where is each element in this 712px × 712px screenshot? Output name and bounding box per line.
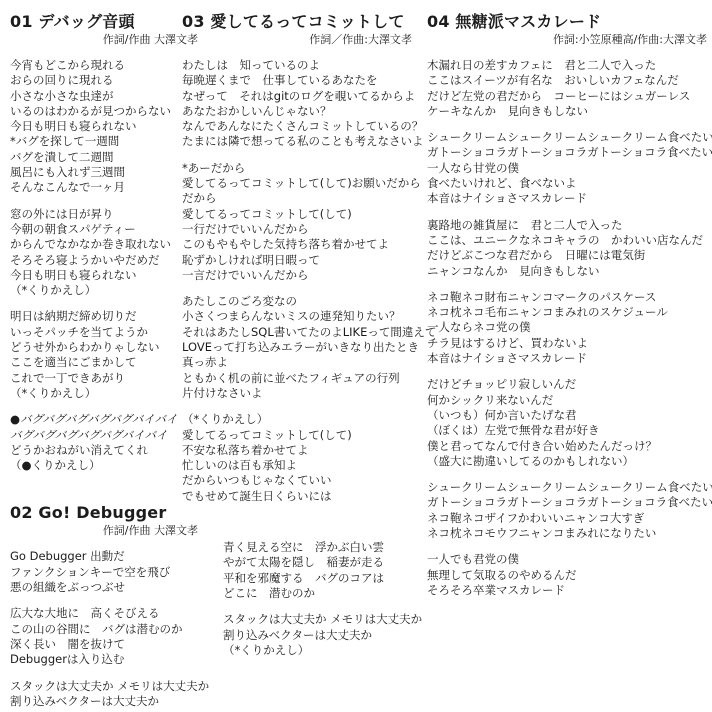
lyric-line: ガトーショコラガトーショコラガトーショコラ食べたい: [427, 495, 707, 510]
lyric-line: 明日は納期だ締め切りだ: [10, 309, 198, 324]
lyrics-stanza: シュークリームシュークリームシュークリーム食べたいガトーショコラガトーショコラガ…: [427, 130, 707, 206]
lyric-line: シュークリームシュークリームシュークリーム食べたい: [427, 480, 707, 495]
lyric-line: どうせ外からわかりゃしない: [10, 340, 198, 355]
lyric-line: （盛大に勘違いしてるのかもしれない）: [427, 454, 707, 469]
lyric-line: この山の谷間に バグは潜むのか: [10, 622, 198, 637]
lyric-line: いるのはわかるが見つからない: [10, 104, 198, 119]
lyric-line: 小さな小さな虫達が: [10, 89, 198, 104]
lyric-line: 一人なら甘党の僕: [427, 161, 707, 176]
lyric-line: ファンクションキーで空を飛び: [10, 565, 198, 580]
lyric-line: 平和を邪魔する バグのコアは: [223, 571, 412, 586]
lyric-line: 愛してるってコミットして(して): [182, 428, 412, 443]
lyric-line: だけどチョッピリ寂しいんだ: [427, 377, 707, 392]
lyric-line: だからいつもじゃなくていい: [182, 473, 412, 488]
lyric-line: 不安な私落ち着かせてよ: [182, 443, 412, 458]
song-title: 03 愛してるってコミットして: [182, 12, 412, 31]
lyric-line: 食べたいけれど、食べないよ: [427, 176, 707, 191]
song-credit: 作詞/作曲 大澤文孝: [10, 524, 198, 538]
lyric-line: たまには隣で想ってる私のことも考えなさいよ: [182, 134, 412, 149]
lyric-line: 愛してるってコミットして(して): [182, 207, 412, 222]
lyrics-stanza: スタックは大丈夫か メモリは大丈夫か割り込みベクターは大丈夫か（*くりかえし）: [223, 612, 412, 658]
lyric-line: そろそろ寝ようかいやだめだ: [10, 253, 198, 268]
lyric-line: ケーキなんか 見向きもしない: [427, 104, 707, 119]
lyric-line: （*くりかえし）: [10, 283, 198, 298]
lyrics-stanza: 裏路地の雑貨屋に 君と二人で入ったここは、ユニークなネコキャラの かわいい店なん…: [427, 218, 707, 279]
lyric-line: でもせめて誕生日くらいには: [182, 489, 412, 504]
lyric-line: からんでなかなか巻き取れない: [10, 237, 198, 252]
lyric-line: あなたおかしいんじゃない？: [182, 104, 412, 119]
lyric-line: ここは、ユニークなネコキャラの かわいい店なんだ: [427, 233, 707, 248]
lyric-line: だけど左党の君だから コーヒーにはシュガーレス: [427, 89, 707, 104]
lyric-line: 割り込みベクターは大丈夫か: [10, 694, 198, 709]
lyrics-stanza: わたしは 知っているのよ毎晩遅くまで 仕事しているあなたをなぜって それはgit…: [182, 58, 412, 150]
lyric-line: 本音はナイショさマスカレード: [427, 191, 707, 206]
lyric-line: 今朝の朝食スパゲティー: [10, 222, 198, 237]
lyric-line: 本音はナイショさマスカレード: [427, 351, 707, 366]
song-title: 01 デバッグ音頭: [10, 12, 198, 31]
lyric-line: 割り込みベクターは大丈夫か: [223, 628, 412, 643]
lyric-line: （*くりかえし）: [182, 412, 412, 427]
song-title: 02 Go! Debugger: [10, 503, 198, 522]
lyrics-column-1: 01 デバッグ音頭作詞/作曲 大澤文孝今宵もどこから現れるおらの回りに現れる小さ…: [10, 12, 198, 709]
lyric-line: （いつも）何か言いたげな君: [427, 408, 707, 423]
lyric-line: バグバグバグバグバグバイバイ: [10, 428, 198, 443]
lyric-line: Debuggerは入り込む: [10, 652, 198, 667]
lyric-line: いっそパッチを当てようか: [10, 325, 198, 340]
lyric-line: なぜって それはgitのログを覗いてるからよ: [182, 89, 412, 104]
lyric-line: 深く長い 闇を抜けて: [10, 637, 198, 652]
lyric-line: それはあたしSQL書いてたのよLIKEって間違えて: [182, 325, 412, 340]
lyrics-stanza: Go Debugger 出動だファンクションキーで空を飛び悪の組織をぶっつぶせ: [10, 549, 198, 595]
lyric-line: ともかく机の前に並べたフィギュアの行列: [182, 371, 412, 386]
lyric-line: シュークリームシュークリームシュークリーム食べたい: [427, 130, 707, 145]
lyric-line: だけどぶこつな君だから 日曜には電気街: [427, 248, 707, 263]
lyric-line: そろそろ卒業マスカレード: [427, 583, 707, 598]
lyrics-stanza: ネコ鞄ネコ財布ニャンコマークのパスケースネコ枕ネコ毛布ニャンコまみれのスケジュー…: [427, 290, 707, 366]
lyrics-stanza: 一人でも君党の僕無理して気取るのやめるんだそろそろ卒業マスカレード: [427, 552, 707, 598]
lyric-line: 僕と君ってなんで付き合い始めたんだっけ？: [427, 439, 707, 454]
lyric-line: 片付けなさいよ: [182, 386, 412, 401]
lyric-line: （ぼくは）左党で無骨な君が好き: [427, 423, 707, 438]
lyric-line: 無理して気取るのやめるんだ: [427, 568, 707, 583]
lyric-line: 真っ赤よ: [182, 355, 412, 370]
lyric-line: 一行だけでいいんだから: [182, 222, 412, 237]
lyrics-stanza: ●バグバグバグバグバグバイバイバグバグバグバグバグバイバイどうかおねがい消えてく…: [10, 412, 198, 473]
lyric-line: これで一丁できあがり: [10, 371, 198, 386]
lyrics-stanza: あたしこのごろ変なの小さくつまらんないミスの連発知りたい？それはあたしSQL書い…: [182, 294, 412, 401]
lyrics-stanza: だけどチョッピリ寂しいんだ何かシックリ来ないんだ（いつも）何か言いたげな君（ぼく…: [427, 377, 707, 469]
lyrics-stanza: スタックは大丈夫か メモリは大丈夫か割り込みベクターは大丈夫か: [10, 679, 198, 710]
lyric-line: ネコ枕ネコ毛布ニャンコまみれのスケジュール: [427, 305, 707, 320]
lyric-line: あたしこのごろ変なの: [182, 294, 412, 309]
song-title: 04 無糖派マスカレード: [427, 12, 707, 31]
song-credit: 作詞/作曲 大澤文孝: [10, 33, 198, 47]
lyric-line: そんなこんなで一ヶ月: [10, 180, 198, 195]
lyric-line: 今日も明日も寝られない: [10, 268, 198, 283]
lyrics-stanza: *あーだから愛してるってコミットして(して)お願いだからだから愛してるってコミッ…: [182, 161, 412, 283]
lyrics-stanza: 青く見える空に 浮かぶ白い雲やがて太陽を隠し 稲妻が走る平和を邪魔する バグのコ…: [223, 540, 412, 601]
lyric-line: 毎晩遅くまで 仕事しているあなたを: [182, 73, 412, 88]
lyric-line: LOVEって打ち込みエラーがいきなり出たとき: [182, 340, 412, 355]
lyric-line: ここを適当にごまかして: [10, 355, 198, 370]
lyric-line: わたしは 知っているのよ: [182, 58, 412, 73]
lyrics-stanza: 窓の外には日が昇り今朝の朝食スパゲティーからんでなかなか巻き取れないそろそろ寝よ…: [10, 207, 198, 299]
lyric-line: なんであんなにたくさんコミットしているの？: [182, 119, 412, 134]
lyrics-stanza: 木漏れ日の差すカフェに 君と二人で入ったここはスイーツが有名な おいしいカフェな…: [427, 58, 707, 119]
lyric-line: チラ見はするけど、買わないよ: [427, 336, 707, 351]
song-credit: 作詞／作曲:大澤文孝: [182, 33, 412, 47]
lyrics-stanza: 広大な大地に 高くそびえるこの山の谷間に バグは潜むのか深く長い 闇を抜けてDe…: [10, 606, 198, 667]
lyric-line: *あーだから: [182, 161, 412, 176]
lyric-line: バグを潰して二週間: [10, 150, 198, 165]
lyric-line: ネコ鞄ネコ財布ニャンコマークのパスケース: [427, 290, 707, 305]
lyric-line: 忙しいのは百も承知よ: [182, 458, 412, 473]
lyric-line: （●くりかえし）: [10, 458, 198, 473]
lyrics-stanza: （*くりかえし）愛してるってコミットして(して)不安な私落ち着かせてよ忙しいのは…: [182, 412, 412, 504]
lyric-line: 今日も明日も寝られない: [10, 119, 198, 134]
lyric-line: 一人ならネコ党の僕: [427, 320, 707, 335]
lyric-line: ●バグバグバグバグバグバイバイ: [10, 412, 198, 427]
lyric-line: *バグを探して一週間: [10, 134, 198, 149]
lyric-line: 何かシックリ来ないんだ: [427, 393, 707, 408]
lyric-line: ネコ枕ネコモウフニャンコまみれになりたい: [427, 526, 707, 541]
lyric-line: スタックは大丈夫か メモリは大丈夫か: [223, 612, 412, 627]
lyrics-stanza: シュークリームシュークリームシュークリーム食べたいガトーショコラガトーショコラガ…: [427, 480, 707, 541]
lyric-line: ここはスイーツが有名な おいしいカフェなんだ: [427, 73, 707, 88]
lyric-line: 青く見える空に 浮かぶ白い雲: [223, 540, 412, 555]
lyric-line: 恥ずかしければ明日暇って: [182, 253, 412, 268]
lyrics-column-2: 03 愛してるってコミットして作詞／作曲:大澤文孝わたしは 知っているのよ毎晩遅…: [182, 12, 412, 658]
lyric-line: （*くりかえし）: [10, 386, 198, 401]
lyric-line: 木漏れ日の差すカフェに 君と二人で入った: [427, 58, 707, 73]
lyric-line: 一言だけでいいんだから: [182, 268, 412, 283]
song-credit: 作詞:小笠原種高/作曲:大澤文孝: [427, 33, 707, 47]
lyrics-stanza: 今宵もどこから現れるおらの回りに現れる小さな小さな虫達がいるのはわかるが見つから…: [10, 58, 198, 196]
lyrics-stanza: 明日は納期だ締め切りだいっそパッチを当てようかどうせ外からわかりゃしないここを適…: [10, 309, 198, 401]
lyric-line: このもやもやした気持ち落ち着かせてよ: [182, 237, 412, 252]
lyric-line: （*くりかえし）: [223, 643, 412, 658]
lyric-line: やがて太陽を隠し 稲妻が走る: [223, 555, 412, 570]
lyric-line: 広大な大地に 高くそびえる: [10, 606, 198, 621]
lyric-line: ガトーショコラガトーショコラガトーショコラ食べたい: [427, 145, 707, 160]
lyric-line: スタックは大丈夫か メモリは大丈夫か: [10, 679, 198, 694]
lyric-line: Go Debugger 出動だ: [10, 549, 198, 564]
lyric-line: 小さくつまらんないミスの連発知りたい？: [182, 309, 412, 324]
lyric-line: 窓の外には日が昇り: [10, 207, 198, 222]
lyric-line: 裏路地の雑貨屋に 君と二人で入った: [427, 218, 707, 233]
lyrics-column-3: 04 無糖派マスカレード作詞:小笠原種高/作曲:大澤文孝木漏れ日の差すカフェに …: [427, 12, 707, 598]
lyric-line: おらの回りに現れる: [10, 73, 198, 88]
lyric-line: だから: [182, 191, 412, 206]
lyric-line: どこに 潜むのか: [223, 586, 412, 601]
lyric-line: 愛してるってコミットして(して)お願いだから: [182, 176, 412, 191]
lyric-line: ネコ鞄ネコザイフかわいいニャンコ大すぎ: [427, 511, 707, 526]
lyric-line: ニャンコなんか 見向きもしない: [427, 264, 707, 279]
lyric-line: どうかおねがい消えてくれ: [10, 443, 198, 458]
lyric-line: 悪の組織をぶっつぶせ: [10, 580, 198, 595]
lyric-line: 今宵もどこから現れる: [10, 58, 198, 73]
lyric-line: 一人でも君党の僕: [427, 552, 707, 567]
lyric-line: 風呂にも入れず三週間: [10, 165, 198, 180]
